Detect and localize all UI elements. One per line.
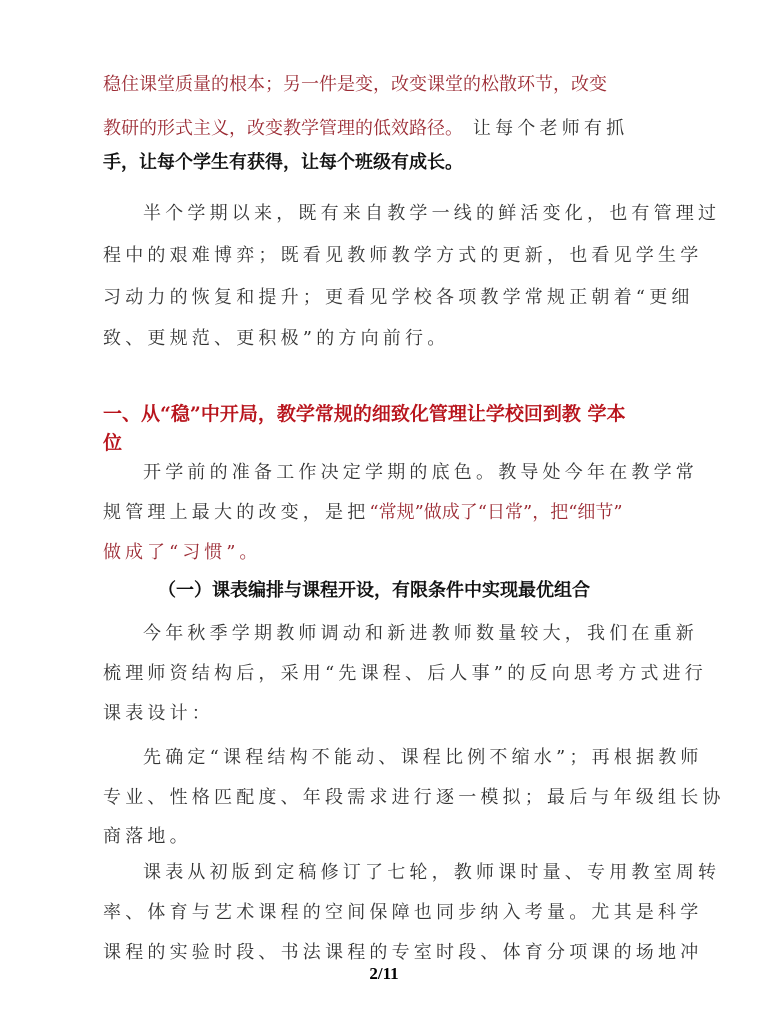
paragraph-line: 习动力的恢复和提升；更看见学校各项教学常规正朝着“更细 xyxy=(103,287,694,309)
body-text: 规管理上最大的改变，是把 xyxy=(103,502,369,523)
paragraph-line: 课表设计： xyxy=(103,703,214,725)
paragraph-line: 程中的艰难博弈；既看见教师教学方式的更新，也看见学生学 xyxy=(103,245,702,267)
emphasis-line: 做成了“习惯”。 xyxy=(103,542,261,564)
paragraph-line: 梳理师资结构后，采用“先课程、后人事”的反向思考方式进行 xyxy=(103,663,707,685)
section-heading: 一、从“稳”中开局，教学常规的细致化管理让学校回到教 学本 xyxy=(103,403,625,425)
paragraph-line: 半个学期以来，既有来自教学一线的鲜活变化，也有管理过 xyxy=(103,203,720,225)
paragraph-line: 专业、性格匹配度、年段需求进行逐一模拟；最后与年级组长协 xyxy=(103,787,725,809)
paragraph-line: 率、体育与艺术课程的空间保障也同步纳入考量。尤其是科学 xyxy=(103,902,702,924)
subsection-heading: （一）课表编排与课程开设，有限条件中实现最优组合 xyxy=(158,580,590,602)
text-line: 手，让每个学生有获得，让每个班级有成长。 xyxy=(103,152,463,174)
paragraph-line: 课表从初版到定稿修订了七轮，教师课时量、专用教室周转 xyxy=(103,862,720,884)
page-number: 2/11 xyxy=(0,964,768,984)
paragraph-line: 今年秋季学期教师调动和新进教师数量较大，我们在重新 xyxy=(103,623,698,645)
paragraph-line: 规管理上最大的改变，是把“常规”做成了“日常”，把“细节” xyxy=(103,502,623,524)
paragraph-line: 开学前的准备工作决定学期的底色。教导处今年在教学常 xyxy=(103,462,698,484)
paragraph-line: 商落地。 xyxy=(103,826,192,848)
emphasis-text: 教研的形式主义，改变教学管理的低效路径。 xyxy=(103,118,463,139)
paragraph-line: 课程的实验时段、书法课程的专室时段、体育分项课的场地冲 xyxy=(103,942,702,964)
section-heading-cont: 位 xyxy=(103,432,122,454)
paragraph-line: 先确定“课程结构不能动、课程比例不缩水”；再根据教师 xyxy=(103,747,703,769)
text-line: 教研的形式主义，改变教学管理的低效路径。 让每个老师有抓 xyxy=(103,118,628,140)
paragraph-line: 致、更规范、更积极”的方向前行。 xyxy=(103,328,449,350)
body-text: 让每个老师有抓 xyxy=(463,118,628,139)
emphasis-text: “常规”做成了“日常”，把“细节” xyxy=(369,502,622,523)
text-line: 稳住课堂质量的根本；另一件是变，改变课堂的松散环节，改变 xyxy=(103,74,607,96)
